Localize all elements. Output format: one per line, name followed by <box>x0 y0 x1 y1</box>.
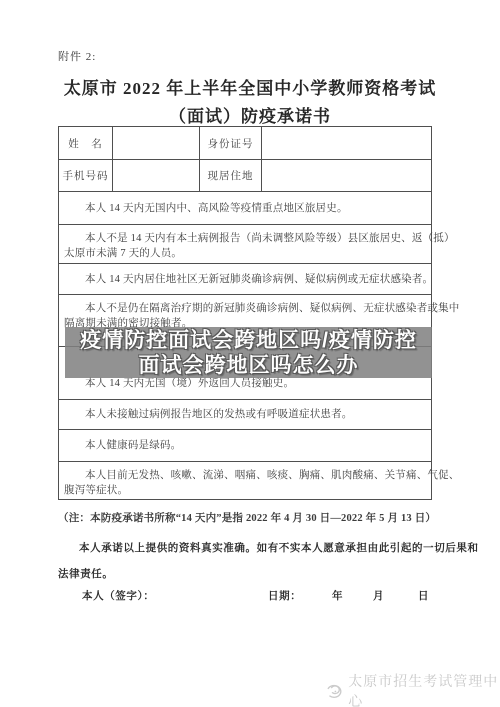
id-number-label: 身份证号 <box>200 127 262 159</box>
statement-text: 腹泻等症状。 <box>59 483 431 498</box>
statement-row-7: 本人健康码是绿码。 <box>59 429 431 461</box>
phone-field <box>113 160 200 191</box>
page-title-line2: （面试）防疫承诺书 <box>0 102 500 127</box>
date-label: 日期： <box>268 588 301 603</box>
month-label: 月 <box>373 588 384 603</box>
statement-row-2: 本人不是 14 天内有本土病例报告（尚未调整风险等级）县区旅居史、返（抵） 太原… <box>59 224 431 263</box>
watermark: 太原市招生考试管理中心 <box>324 671 500 707</box>
signer-label: 本人（签字）： <box>82 588 154 603</box>
day-label: 日 <box>418 588 429 603</box>
org-logo-icon <box>324 680 344 702</box>
commitment-line1: 本人承诺以上提供的资料真实准确。如有不实本人愿意承担由此引起的一切后果和 <box>58 540 444 555</box>
address-label: 现居住地 <box>200 160 262 191</box>
statement-row-1: 本人 14 天内无国内中、高风险等疫情重点地区旅居史。 <box>59 191 431 224</box>
statement-text: 本人不是 14 天内有本土病例报告（尚未调整风险等级）县区旅居史、返（抵） <box>59 231 431 246</box>
statement-text: 本人不是仍在隔离治疗期的新冠肺炎确诊病例、疑似病例、无症状感染者或集中 <box>59 301 431 316</box>
statement-row-6: 本人未接触过病例报告地区的发热或有呼吸道症状患者。 <box>59 399 431 429</box>
statement-row-3: 本人 14 天内居住地社区无新冠肺炎确诊病例、疑似病例或无症状感染者。 <box>59 263 431 294</box>
name-field <box>113 127 200 159</box>
caption-overlay-banner: 疫情防控面试会跨地区吗/疫情防控 面试会跨地区吗怎么办 <box>65 327 432 378</box>
statement-text: 本人 14 天内居住地社区无新冠肺炎确诊病例、疑似病例或无症状感染者。 <box>59 272 438 287</box>
phone-label: 手机号码 <box>59 160 113 191</box>
statement-text: 本人未接触过病例报告地区的发热或有呼吸道症状患者。 <box>59 407 431 422</box>
statement-text: 本人 14 天内无国内中、高风险等疫情重点地区旅居史。 <box>59 201 431 216</box>
id-number-field <box>262 127 431 159</box>
caption-line2: 面试会跨地区吗怎么办 <box>139 353 359 378</box>
table-row-contact: 手机号码 现居住地 <box>59 159 431 191</box>
statement-text: 本人目前无发热、咳嗽、流涕、咽痛、咳痰、胸痛、肌肉酸痛、关节痛、气促、 <box>59 468 431 483</box>
table-row-identity: 姓 名 身份证号 <box>59 127 431 159</box>
document-page: 附件 2: 太原市 2022 年上半年全国中小学教师资格考试 （面试）防疫承诺书… <box>0 0 500 707</box>
caption-line1: 疫情防控面试会跨地区吗/疫情防控 <box>80 328 417 353</box>
attachment-label: 附件 2: <box>58 48 96 64</box>
commitment-line2: 法律责任。 <box>58 566 114 581</box>
address-field <box>262 160 431 191</box>
date-range-note: （注：本防疫承诺书所称“14 天内”是指 2022 年 4 月 30 日—202… <box>58 510 444 525</box>
form-table: 姓 名 身份证号 手机号码 现居住地 本人 14 天内无国内中、高风险等疫情重点… <box>58 126 432 500</box>
watermark-text: 太原市招生考试管理中心 <box>348 671 500 707</box>
name-label: 姓 名 <box>59 127 113 159</box>
statement-text: 本人 14 天内无国（境）外返回人员接触史。 <box>59 376 431 391</box>
year-label: 年 <box>332 588 343 603</box>
statement-row-8: 本人目前无发热、咳嗽、流涕、咽痛、咳痰、胸痛、肌肉酸痛、关节痛、气促、 腹泻等症… <box>59 461 431 501</box>
statement-text: 本人健康码是绿码。 <box>59 438 431 453</box>
statement-text: 太原市未满 7 天的人员。 <box>59 246 431 261</box>
page-title-line1: 太原市 2022 年上半年全国中小学教师资格考试 <box>0 74 500 99</box>
